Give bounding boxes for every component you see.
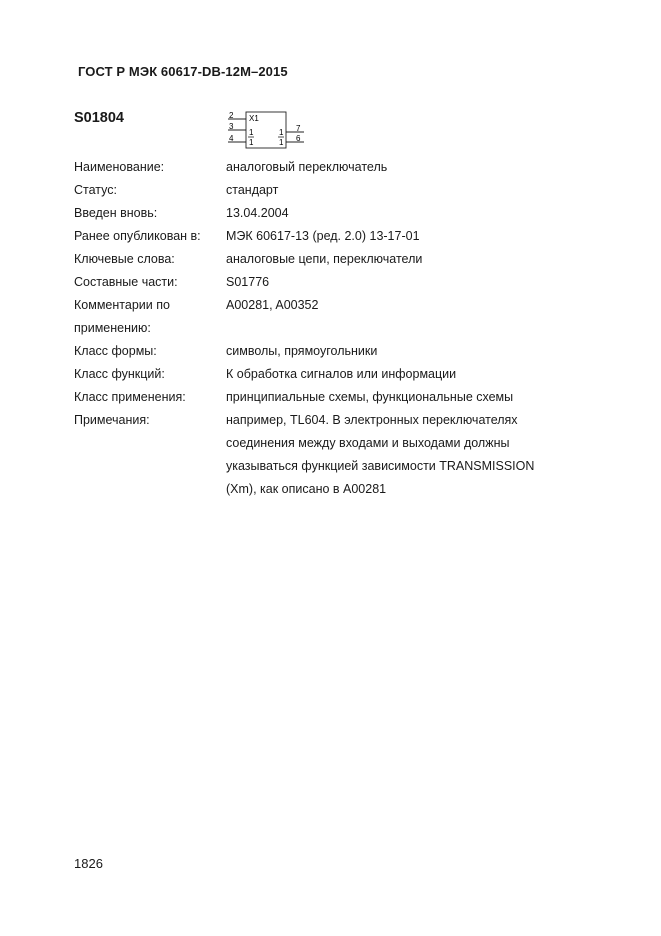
field-label: Класс формы: [74,340,226,363]
field-label: Наименование: [74,156,226,179]
field-label: Класс применения: [74,386,226,409]
svg-text:6: 6 [296,134,301,143]
field-value: МЭК 60617-13 (ред. 2.0) 13-17-01 [226,225,574,248]
symbol-code: S01804 [74,110,124,126]
svg-text:X1: X1 [249,114,259,123]
field-value: символы, прямоугольники [226,340,574,363]
field-value: аналоговые цепи, переключатели [226,248,574,271]
attribute-table: Наименование: аналоговый переключатель С… [74,156,574,501]
field-name: Наименование: аналоговый переключатель [74,156,574,179]
svg-text:1: 1 [249,128,254,137]
field-value: A00281, A00352 [226,294,574,340]
field-previously-published: Ранее опубликован в: МЭК 60617-13 (ред. … [74,225,574,248]
field-notes: Примечания: например, TL604. В электронн… [74,409,574,501]
svg-text:1: 1 [249,138,254,147]
field-application-class: Класс применения: принципиальные схемы, … [74,386,574,409]
field-label: Статус: [74,179,226,202]
field-components: Составные части: S01776 [74,271,574,294]
field-value: например, TL604. В электронных переключа… [226,409,574,501]
field-function-class: Класс функций: К обработка сигналов или … [74,363,574,386]
page-number: 1826 [74,856,103,871]
svg-text:4: 4 [229,134,234,143]
field-value: 13.04.2004 [226,202,574,225]
field-label: Введен вновь: [74,202,226,225]
field-status: Статус: стандарт [74,179,574,202]
field-label: Ранее опубликован в: [74,225,226,248]
field-value: S01776 [226,271,574,294]
svg-text:3: 3 [229,122,234,131]
field-label: Класс функций: [74,363,226,386]
field-introduced: Введен вновь: 13.04.2004 [74,202,574,225]
svg-text:2: 2 [229,111,234,120]
field-keywords: Ключевые слова: аналоговые цепи, переклю… [74,248,574,271]
svg-text:1: 1 [279,128,284,137]
svg-text:7: 7 [296,124,301,133]
field-application-comments: Комментарии поприменению: A00281, A00352 [74,294,574,340]
field-label: Комментарии поприменению: [74,294,226,340]
field-shape-class: Класс формы: символы, прямоугольники [74,340,574,363]
document-header: ГОСТ Р МЭК 60617-DB-12M–2015 [78,64,288,79]
svg-text:1: 1 [279,138,284,147]
field-label: Примечания: [74,409,226,501]
analog-switch-symbol-icon: 2 3 4 7 6 X1 1 1 1 1 [226,110,308,150]
field-value: К обработка сигналов или информации [226,363,574,386]
field-value: принципиальные схемы, функциональные схе… [226,386,574,409]
field-value: стандарт [226,179,574,202]
field-label: Ключевые слова: [74,248,226,271]
field-label: Составные части: [74,271,226,294]
field-value: аналоговый переключатель [226,156,574,179]
